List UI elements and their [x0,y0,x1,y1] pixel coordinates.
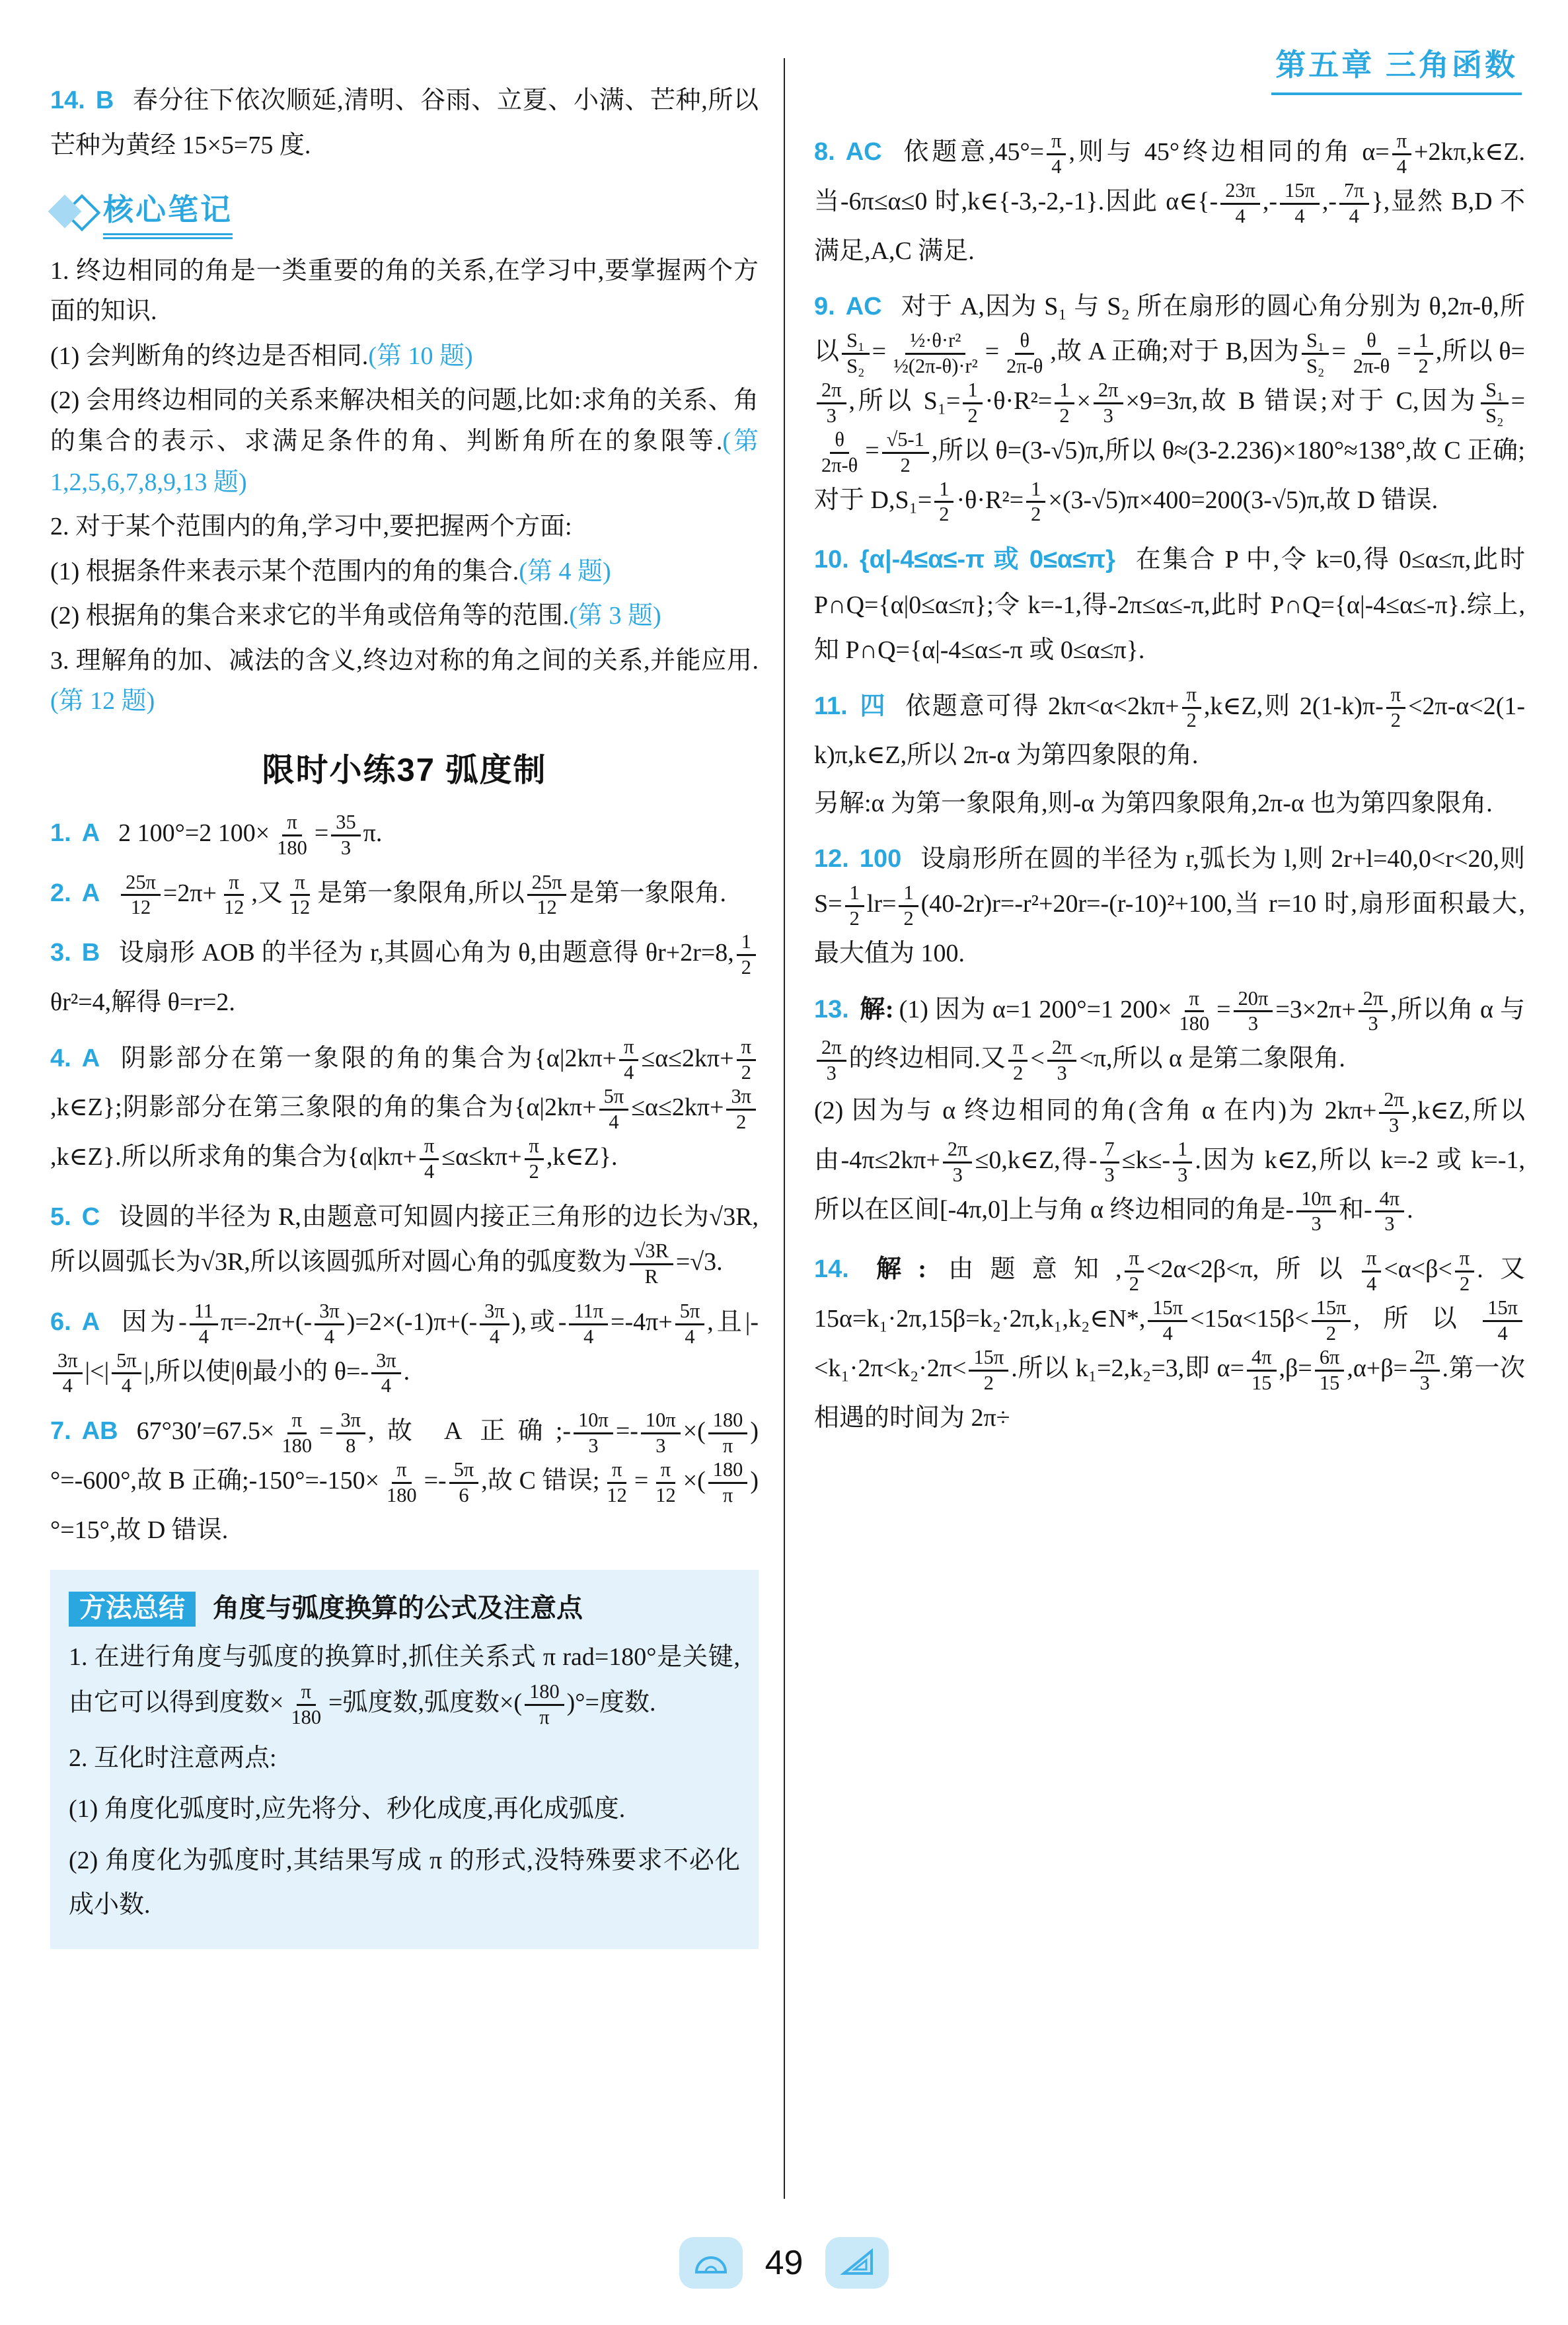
solution-label: 解: [860,996,894,1023]
core-notes-header: 核心笔记 [50,186,759,239]
answer-text: 设扇形所在圆的半径为 r,弧长为 l,则 2r+l=40,0<r<20,则 S=… [814,845,1525,967]
answer-text: 设圆的半径为 R,由题意可知圆内接正三角形的边长为√3R,所以圆弧长为√3R,所… [50,1203,759,1276]
answer-item-8: 8.AC依题意,45°=π4,则与 45°终边相同的角 α=π4+2kπ,k∈Z… [814,129,1525,274]
answer-paragraph: 13.解:(1) 因为 α=1 200°=1 200×π180=20π3=3×2… [814,987,1525,1086]
answer-item-4: 4.A阴影部分在第一象限的角的集合为{α|2kπ+π4≤α≤2kπ+π2,k∈Z… [50,1035,759,1183]
answer-paragraph: 11.四依题意可得 2kπ<α<2kπ+π2,k∈Z,则 2(1-k)π-π2<… [814,683,1525,778]
answer-paragraph: 6.A因为-114π=-2π+(-3π4)=2×(-1)π+(-3π4),或-1… [50,1300,759,1399]
method-line: 2. 互化时注意两点: [69,1736,740,1781]
note-line: 2. 对于某个范围内的角,学习中,要把握两个方面: [50,507,759,548]
question-number: 14. [814,1255,849,1283]
question-number: 4. [50,1045,71,1072]
answer-paragraph: 14.B春分往下依次顺延,清明、谷雨、立夏、小满、芒种,所以芒种为黄经 15×5… [50,78,759,168]
answer-letter: C [82,1203,100,1231]
note-line: (2) 会用终边相同的关系来解决相关的问题,比如:求角的关系、角的集合的表示、求… [50,381,759,503]
answer-text: (1) 因为 α=1 200°=1 200×π180=20π3=3×2π+2π3… [814,996,1525,1073]
answer-text: 春分往下依次顺延,清明、谷雨、立夏、小满、芒种,所以芒种为黄经 15×5=75 … [50,87,759,159]
note-text: (1) 会判断角的终边是否相同. [50,342,368,370]
answer-item-14-prev: 14.B春分往下依次顺延,清明、谷雨、立夏、小满、芒种,所以芒种为黄经 15×5… [50,78,759,168]
question-number: 13. [814,996,849,1023]
question-number: 1. [50,819,71,847]
answer-paragraph: 另解:α 为第一象限角,则-α 为第四象限角,2π-α 也为第四象限角. [814,781,1525,826]
note-text: (2) 会用终边相同的关系来解决相关的问题,比如:求角的关系、角的集合的表示、求… [50,387,759,455]
note-text: 1. 终边相同的角是一类重要的角的关系,在学习中,要掌握两个方面的知识. [50,257,759,326]
answer-text: 依题意,45°=π4,则与 45°终边相同的角 α=π4+2kπ,k∈Z.当-6… [814,138,1525,264]
answer-letter: B [96,87,114,114]
answer-letter: AB [82,1417,118,1445]
answer-text: 2 100°=2 100×π180=353π. [118,819,382,847]
answer-item-5: 5.C设圆的半径为 R,由题意可知圆内接正三角形的边长为√3R,所以圆弧长为√3… [50,1195,759,1289]
answer-paragraph: 4.A阴影部分在第一象限的角的集合为{α|2kπ+π4≤α≤2kπ+π2,k∈Z… [50,1035,759,1183]
answer-paragraph: 8.AC依题意,45°=π4,则与 45°终边相同的角 α=π4+2kπ,k∈Z… [814,129,1525,274]
note-ref: (第 4 题) [519,558,611,585]
answer-paragraph: 3.B设扇形 AOB 的半径为 r,其圆心角为 θ,由题意得 θr+2r=8,1… [50,930,759,1025]
method-line: 1. 在进行角度与弧度的换算时,抓住关系式 π rad=180°是关键,由它可以… [69,1635,740,1729]
answer-item-13: 13.解:(1) 因为 α=1 200°=1 200×π180=20π3=3×2… [814,987,1525,1237]
question-number: 7. [50,1417,71,1445]
answer-text: 设扇形 AOB 的半径为 r,其圆心角为 θ,由题意得 θr+2r=8,12θr… [50,939,759,1016]
answer-letter: A [82,1308,100,1336]
method-summary-box: 方法总结角度与弧度换算的公式及注意点 1. 在进行角度与弧度的换算时,抓住关系式… [50,1570,759,1949]
note-line: (1) 会判断角的终边是否相同.(第 10 题) [50,336,759,377]
method-summary-header: 方法总结角度与弧度换算的公式及注意点 [69,1587,740,1625]
column-divider [784,58,785,2199]
answer-text: 25π12=2π+π12,又π12是第一象限角,所以25π12是第一象限角. [118,879,726,907]
question-number: 2. [50,879,71,907]
answer-paragraph: 1.A2 100°=2 100×π180=353π. [50,811,759,860]
chapter-heading: 第五章 三角函数 [1271,41,1522,95]
solution-label: 解: [860,1255,926,1283]
answer-text: 67°30′=67.5×π180=3π8,故 A 正确;-10π3=-10π3×… [50,1417,759,1543]
answer-item-7: 7.AB67°30′=67.5×π180=3π8,故 A 正确;-10π3=-1… [50,1409,759,1553]
answer-item-12: 12.100设扇形所在圆的半径为 r,弧长为 l,则 2r+l=40,0<r<2… [814,836,1525,977]
answer-letter: A [82,879,100,907]
answer-text: 阴影部分在第一象限的角的集合为{α|2kπ+π4≤α≤2kπ+π2,k∈Z};阴… [50,1045,759,1171]
answer-value: 四 [858,692,887,720]
section-title: 限时小练37 弧度制 [50,745,759,791]
answer-item-11: 11.四依题意可得 2kπ<α<2kπ+π2,k∈Z,则 2(1-k)π-π2<… [814,683,1525,826]
answer-text: 依题意可得 2kπ<α<2kπ+π2,k∈Z,则 2(1-k)π-π2<2π-α… [814,692,1525,770]
question-number: 5. [50,1203,71,1231]
note-text: 2. 对于某个范围内的角,学习中,要把握两个方面: [50,513,572,540]
note-ref: (第 3 题) [569,602,661,630]
question-number: 8. [814,138,835,166]
core-notes-label: 核心笔记 [103,186,233,239]
answer-letter: A [82,1045,100,1072]
note-ref: (第 12 题) [50,687,155,715]
answer-letter: AC [846,138,882,166]
note-text: 3. 理解角的加、减法的含义,终边对称的角之间的关系,并能应用. [50,647,759,675]
note-text: (2) 根据角的集合来求它的半角或倍角等的范围. [50,602,569,630]
answer-text: 对于 A,因为 S₁ 与 S₂ 所在扇形的圆心角分别为 θ,2π-θ,所以S₁S… [814,293,1525,514]
note-line: 3. 理解角的加、减法的含义,终边对称的角之间的关系,并能应用.(第 12 题) [50,641,759,722]
note-text: (1) 根据条件来表示某个范围内的角的集合. [50,558,519,585]
note-line: 1. 终边相同的角是一类重要的角的关系,在学习中,要掌握两个方面的知识. [50,251,759,332]
question-number: 9. [814,293,835,320]
answer-letter: B [82,939,100,967]
method-line: (2) 角度化为弧度时,其结果写成 π 的形式,没特殊要求不必化成小数. [69,1839,740,1928]
method-summary-label: 方法总结 [69,1592,196,1627]
right-column: 8.AC依题意,45°=π4,则与 45°终边相同的角 α=π4+2kπ,k∈Z… [814,129,1525,1451]
answer-item-2: 2.A25π12=2π+π12,又π12是第一象限角,所以25π12是第一象限角… [50,871,759,920]
question-number: 11. [814,692,848,720]
answer-item-9: 9.AC对于 A,因为 S₁ 与 S₂ 所在扇形的圆心角分别为 θ,2π-θ,所… [814,284,1525,527]
answer-item-6: 6.A因为-114π=-2π+(-3π4)=2×(-1)π+(-3π4),或-1… [50,1300,759,1399]
answer-paragraph: 7.AB67°30′=67.5×π180=3π8,故 A 正确;-10π3=-1… [50,1409,759,1553]
question-number: 14. [50,87,85,114]
triangle-ruler-icon [825,2237,889,2289]
answer-value: 100 [860,845,901,873]
answer-item-14: 14.解:由题意知,π2<2α<2β<π,所以π4<α<β<π2.又 15α=k… [814,1247,1525,1440]
note-line: (2) 根据角的集合来求它的半角或倍角等的范围.(第 3 题) [50,596,759,637]
answer-item-1: 1.A2 100°=2 100×π180=353π. [50,811,759,860]
answer-paragraph: 9.AC对于 A,因为 S₁ 与 S₂ 所在扇形的圆心角分别为 θ,2π-θ,所… [814,284,1525,527]
question-number: 6. [50,1308,71,1336]
answer-paragraph: (2) 因为与 α 终边相同的角(含角 α 在内)为 2kπ+2π3,k∈Z,所… [814,1088,1525,1236]
answer-letter: A [82,819,100,847]
page-footer: 49 [0,2237,1568,2289]
answer-paragraph: 5.C设圆的半径为 R,由题意可知圆内接正三角形的边长为√3R,所以圆弧长为√3… [50,1195,759,1289]
method-line: (1) 角度化弧度时,应先将分、秒化成度,再化成弧度. [69,1787,740,1832]
protractor-icon [679,2237,743,2289]
diamond-icon [50,192,99,233]
answer-paragraph: 12.100设扇形所在圆的半径为 r,弧长为 l,则 2r+l=40,0<r<2… [814,836,1525,977]
note-line: (1) 根据条件来表示某个范围内的角的集合.(第 4 题) [50,552,759,593]
answer-paragraph: 10.{α|-4≤α≤-π 或 0≤α≤π}在集合 P 中,令 k=0,得 0≤… [814,537,1525,673]
question-number: 12. [814,845,849,873]
answer-item-3: 3.B设扇形 AOB 的半径为 r,其圆心角为 θ,由题意得 θr+2r=8,1… [50,930,759,1025]
page-number: 49 [765,2243,803,2283]
answer-paragraph: 14.解:由题意知,π2<2α<2β<π,所以π4<α<β<π2.又 15α=k… [814,1247,1525,1440]
answer-letter: AC [846,293,882,320]
answer-paragraph: 2.A25π12=2π+π12,又π12是第一象限角,所以25π12是第一象限角… [50,871,759,920]
left-column: 14.B春分往下依次顺延,清明、谷雨、立夏、小满、芒种,所以芒种为黄经 15×5… [50,78,759,1949]
answer-text: 因为-114π=-2π+(-3π4)=2×(-1)π+(-3π4),或-11π4… [50,1308,759,1385]
question-number: 10. [814,546,849,573]
method-summary-title: 角度与弧度换算的公式及注意点 [213,1594,583,1623]
answer-item-10: 10.{α|-4≤α≤-π 或 0≤α≤π}在集合 P 中,令 k=0,得 0≤… [814,537,1525,673]
note-ref: (第 10 题) [368,342,472,370]
answer-value: {α|-4≤α≤-π 或 0≤α≤π} [860,546,1115,573]
question-number: 3. [50,939,71,967]
